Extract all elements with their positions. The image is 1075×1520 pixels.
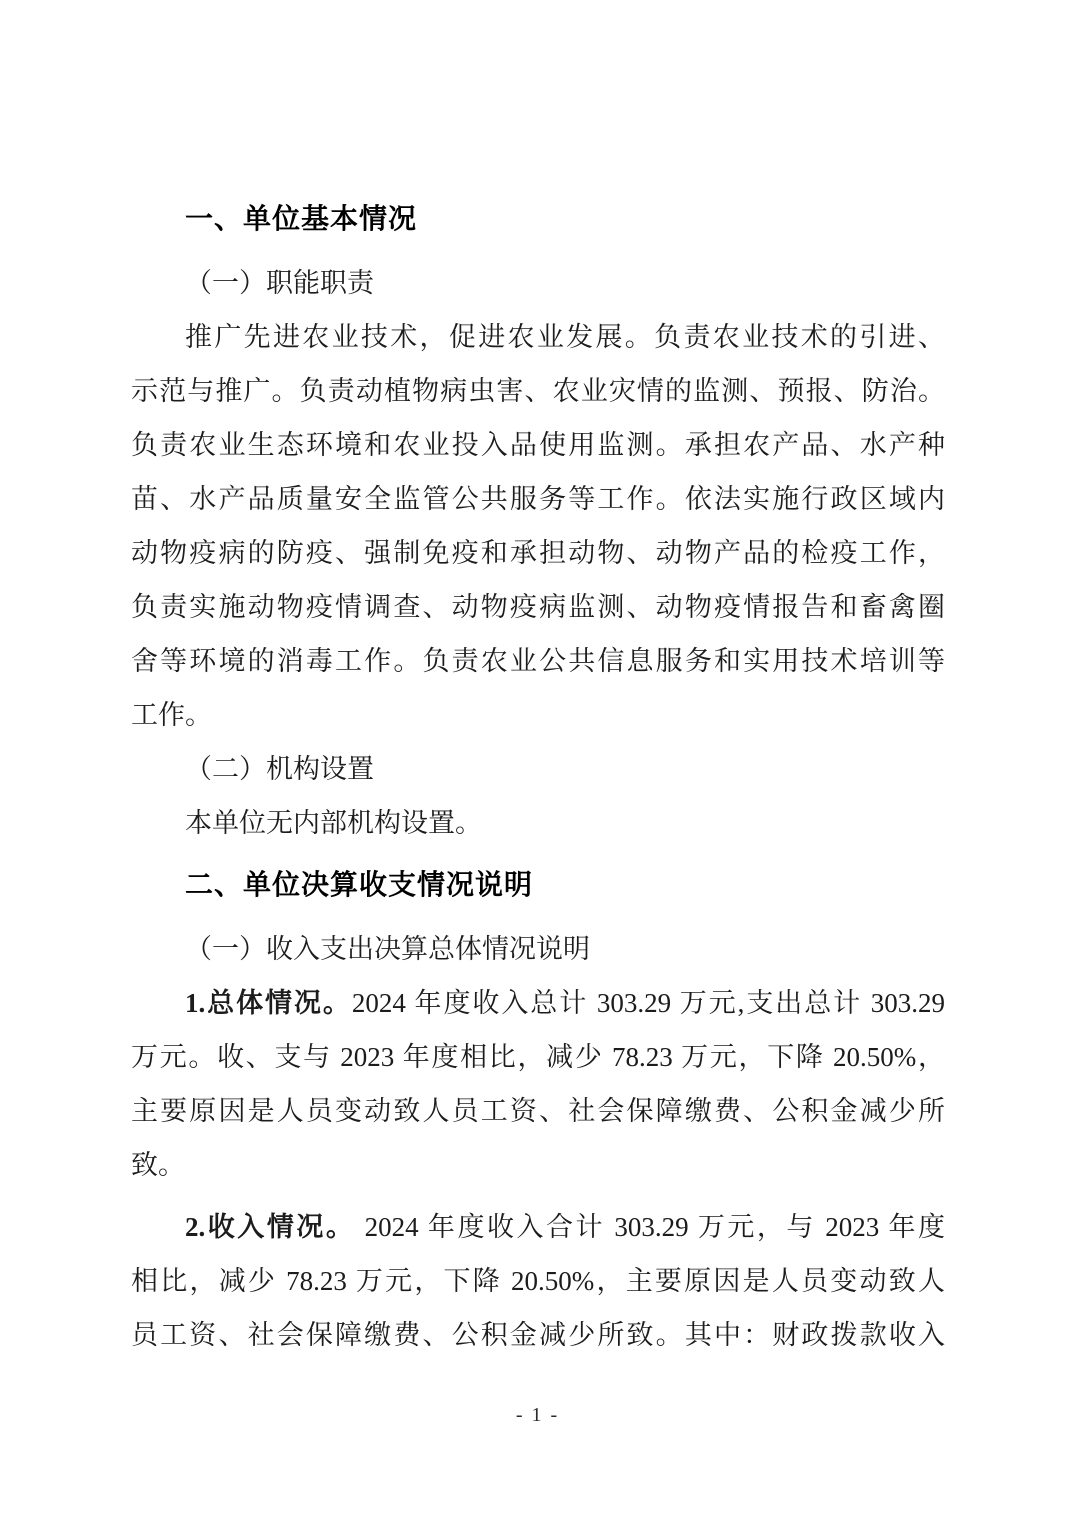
- paragraph-line: 主要原因是人员变动致人员工资、社会保障缴费、公积金减少所: [131, 1084, 945, 1138]
- paragraph-line: 相比，减少 78.23 万元，下降 20.50%，主要原因是人员变动致人: [131, 1254, 945, 1308]
- paragraph-line: 负责农业生态环境和农业投入品使用监测。承担农产品、水产种: [131, 418, 945, 472]
- subsection-heading-structure: （二）机构设置: [131, 742, 945, 796]
- paragraph-line: 工作。: [131, 688, 945, 742]
- paragraph-line: 2.收入情况。 2024 年度收入合计 303.29 万元，与 2023 年度: [131, 1200, 945, 1254]
- paragraph-line: 苗、水产品质量安全监管公共服务等工作。依法实施行政区域内: [131, 472, 945, 526]
- section-heading-1: 一、单位基本情况: [131, 192, 945, 246]
- subsection-heading-overview: （一）收入支出决算总体情况说明: [131, 922, 945, 976]
- section-heading-2: 二、单位决算收支情况说明: [131, 858, 945, 912]
- paragraph-line: 示范与推广。负责动植物病虫害、农业灾情的监测、预报、防治。: [131, 364, 945, 418]
- paragraph-line: 舍等环境的消毒工作。负责农业公共信息服务和实用技术培训等: [131, 634, 945, 688]
- paragraph-line: 员工资、社会保障缴费、公积金减少所致。其中：财政拨款收入: [131, 1308, 945, 1362]
- paragraph-lead-income: 2.收入情况。: [185, 1212, 355, 1242]
- subsection-heading-duties: （一）职能职责: [131, 256, 945, 310]
- paragraph-text: 2024 年度收入合计 303.29 万元，与 2023 年度: [355, 1212, 945, 1242]
- paragraph-line: 致。: [131, 1138, 945, 1192]
- paragraph-lead-overall: 1.总体情况。: [185, 988, 352, 1018]
- paragraph-line: 万元。收、支与 2023 年度相比，减少 78.23 万元，下降 20.50%，: [131, 1030, 945, 1084]
- document-page: 一、单位基本情况 （一）职能职责 推广先进农业技术，促进农业发展。负责农业技术的…: [0, 0, 1075, 1520]
- document-body: 一、单位基本情况 （一）职能职责 推广先进农业技术，促进农业发展。负责农业技术的…: [131, 192, 945, 1362]
- page-number: - 1 -: [0, 1404, 1075, 1427]
- paragraph-line: 推广先进农业技术，促进农业发展。负责农业技术的引进、: [131, 310, 945, 364]
- paragraph-line: 本单位无内部机构设置。: [131, 796, 945, 850]
- paragraph-text: 2024 年度收入总计 303.29 万元,支出总计 303.29: [352, 988, 945, 1018]
- paragraph-line: 1.总体情况。2024 年度收入总计 303.29 万元,支出总计 303.29: [131, 976, 945, 1030]
- paragraph-line: 负责实施动物疫情调查、动物疫病监测、动物疫情报告和畜禽圈: [131, 580, 945, 634]
- paragraph-line: 动物疫病的防疫、强制免疫和承担动物、动物产品的检疫工作，: [131, 526, 945, 580]
